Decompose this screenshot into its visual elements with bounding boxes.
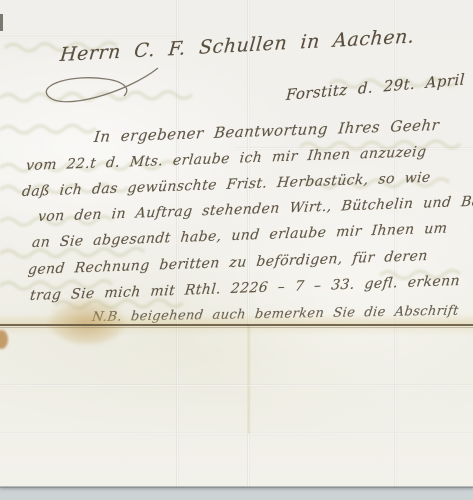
fold-line-shadow bbox=[0, 327, 473, 328]
fold-line bbox=[0, 324, 473, 326]
letter-scan: Herrn C. F. Schullen in Aachen. Forstitz… bbox=[0, 0, 473, 500]
ink-stain bbox=[48, 298, 126, 344]
left-edge-mark bbox=[0, 14, 3, 31]
paper-bottom-edge bbox=[0, 486, 473, 488]
